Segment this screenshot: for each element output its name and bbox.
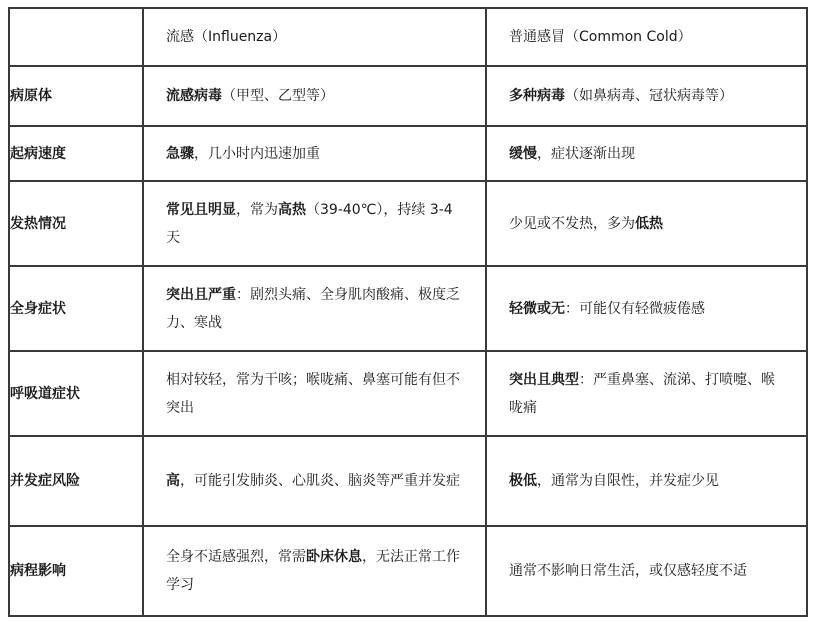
flu-cell: 相对较轻，常为干咳；喉咙痛、鼻塞可能有但不突出 xyxy=(143,351,486,436)
cold-cell: 通常不影响日常生活，或仅感轻度不适 xyxy=(486,526,807,616)
cold-cell: 多种病毒（如鼻病毒、冠状病毒等） xyxy=(486,66,807,126)
cold-cell: 少见或不发热，多为低热 xyxy=(486,181,807,266)
flu-cell: 急骤，几小时内迅速加重 xyxy=(143,126,486,181)
table-row-fever: 发热情况 常见且明显，常为高热（39-40℃），持续 3-4 天 少见或不发热，… xyxy=(9,181,807,266)
row-label: 发热情况 xyxy=(9,181,143,266)
cold-cell: 缓慢，症状逐渐出现 xyxy=(486,126,807,181)
table-row-pathogen: 病原体 流感病毒（甲型、乙型等） 多种病毒（如鼻病毒、冠状病毒等） xyxy=(9,66,807,126)
table-row-onset: 起病速度 急骤，几小时内迅速加重 缓慢，症状逐渐出现 xyxy=(9,126,807,181)
cold-cell: 极低，通常为自限性，并发症少见 xyxy=(486,436,807,526)
flu-cell: 全身不适感强烈，常需卧床休息，无法正常工作学习 xyxy=(143,526,486,616)
table-row-systemic-symptoms: 全身症状 突出且严重：剧烈头痛、全身肌肉酸痛、极度乏力、寒战 轻微或无：可能仅有… xyxy=(9,266,807,351)
header-common-cold: 普通感冒（Common Cold） xyxy=(486,8,807,66)
table-row-complication-risk: 并发症风险 高，可能引发肺炎、心肌炎、脑炎等严重并发症 极低，通常为自限性，并发… xyxy=(9,436,807,526)
clipped-text-line xyxy=(0,0,300,5)
row-label: 病程影响 xyxy=(9,526,143,616)
flu-cell: 突出且严重：剧烈头痛、全身肌肉酸痛、极度乏力、寒战 xyxy=(143,266,486,351)
cold-cell: 突出且典型：严重鼻塞、流涕、打喷嚏、喉咙痛 xyxy=(486,351,807,436)
comparison-table: 流感（Influenza） 普通感冒（Common Cold） 病原体 流感病毒… xyxy=(8,7,808,617)
table-row-respiratory-symptoms: 呼吸道症状 相对较轻，常为干咳；喉咙痛、鼻塞可能有但不突出 突出且典型：严重鼻塞… xyxy=(9,351,807,436)
row-label: 全身症状 xyxy=(9,266,143,351)
row-label: 并发症风险 xyxy=(9,436,143,526)
flu-cell: 流感病毒（甲型、乙型等） xyxy=(143,66,486,126)
row-label: 病原体 xyxy=(9,66,143,126)
table-row-course-impact: 病程影响 全身不适感强烈，常需卧床休息，无法正常工作学习 通常不影响日常生活，或… xyxy=(9,526,807,616)
row-label: 起病速度 xyxy=(9,126,143,181)
header-influenza: 流感（Influenza） xyxy=(143,8,486,66)
row-label: 呼吸道症状 xyxy=(9,351,143,436)
table-header-row: 流感（Influenza） 普通感冒（Common Cold） xyxy=(9,8,807,66)
flu-cell: 高，可能引发肺炎、心肌炎、脑炎等严重并发症 xyxy=(143,436,486,526)
header-empty-cell xyxy=(9,8,143,66)
cold-cell: 轻微或无：可能仅有轻微疲倦感 xyxy=(486,266,807,351)
flu-cell: 常见且明显，常为高热（39-40℃），持续 3-4 天 xyxy=(143,181,486,266)
